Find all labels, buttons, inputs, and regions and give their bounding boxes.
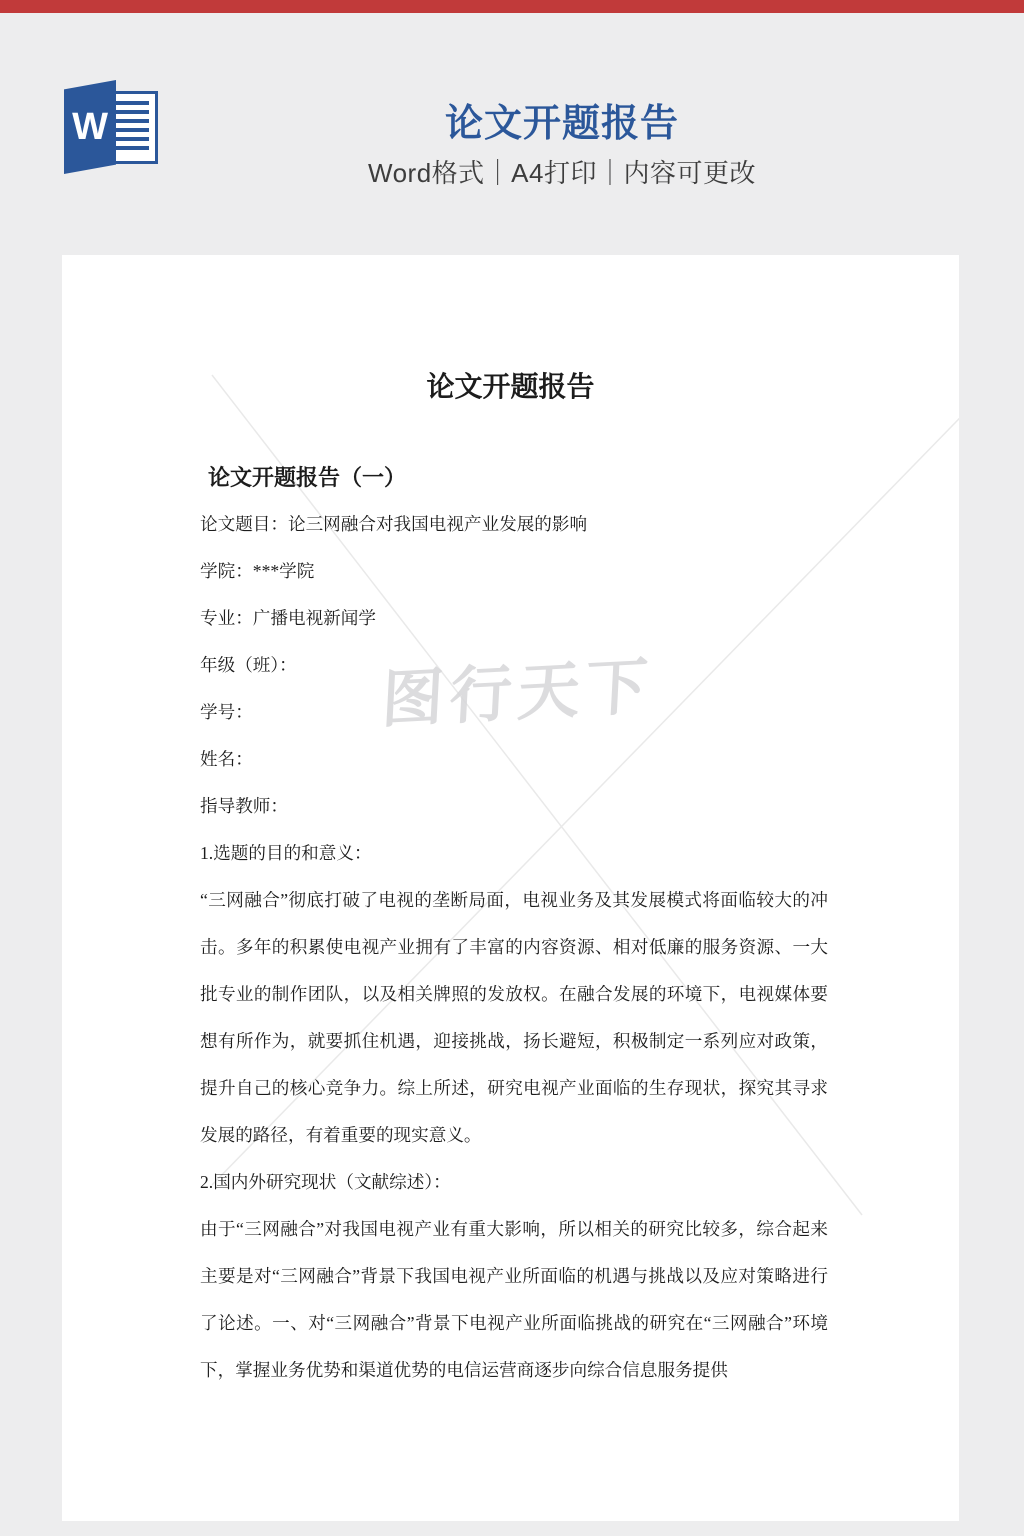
field-college: 学院：***学院 bbox=[200, 548, 828, 595]
word-icon-text-lines bbox=[113, 101, 149, 155]
top-accent-bar bbox=[0, 0, 1024, 13]
template-subtitle: Word格式｜A4打印｜内容可更改 bbox=[100, 153, 1024, 190]
field-advisor: 指导教师： bbox=[200, 783, 828, 830]
paragraph-purpose: “三网融合”彻底打破了电视的垄断局面，电视业务及其发展模式将面临较大的冲击。多年… bbox=[200, 877, 828, 1159]
document-title: 论文开题报告 bbox=[62, 365, 959, 405]
field-name: 姓名： bbox=[200, 736, 828, 783]
paragraph-literature: 由于“三网融合”对我国电视产业有重大影响，所以相关的研究比较多，综合起来主要是对… bbox=[200, 1206, 828, 1394]
section-heading: 论文开题报告（一） bbox=[200, 454, 828, 501]
field-grade-class: 年级（班）： bbox=[200, 642, 828, 689]
word-icon-cover: W bbox=[64, 80, 116, 174]
word-file-icon: W bbox=[64, 80, 160, 174]
field-student-id: 学号： bbox=[200, 689, 828, 736]
document-page: 图行天下 论文开题报告 论文开题报告（一） 论文题目：论三网融合对我国电视产业发… bbox=[62, 255, 959, 1521]
field-thesis-topic: 论文题目：论三网融合对我国电视产业发展的影响 bbox=[200, 501, 828, 548]
word-icon-letter: W bbox=[72, 108, 108, 146]
subheading-purpose: 1.选题的目的和意义： bbox=[200, 830, 828, 877]
subheading-literature: 2.国内外研究现状（文献综述）： bbox=[200, 1159, 828, 1206]
document-body: 论文开题报告（一） 论文题目：论三网融合对我国电视产业发展的影响 学院：***学… bbox=[62, 454, 959, 1394]
template-title: 论文开题报告 bbox=[100, 92, 1024, 147]
field-major: 专业：广播电视新闻学 bbox=[200, 595, 828, 642]
